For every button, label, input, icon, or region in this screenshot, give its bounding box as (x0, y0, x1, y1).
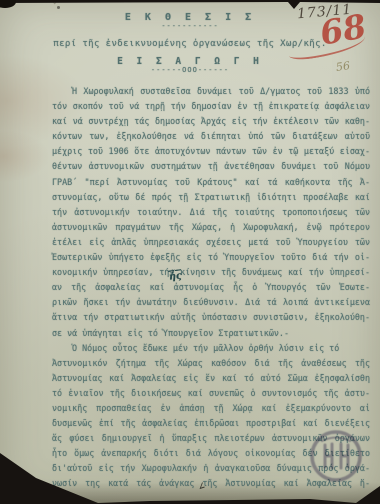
pencil-number: 56 (335, 59, 351, 74)
body-line: ρικῶν ἤσκει τήν ἀνωτάτην διεύθυνσιν. Διά… (52, 295, 370, 310)
body-line: Ἀστυνομικόν ζήτημα τῆς Χώρας καθόσον διά… (52, 356, 370, 371)
paper-sheet: Ε Κ Θ Ε Σ Ι Σ ----------- περί τῆς ἐνδει… (0, 0, 380, 504)
body-line: ΓΡΑΒ΄ "περί Ἀστυνομίας τοῦ Κράτους" καί … (52, 175, 370, 190)
body-line: Ἡ Χωροφυλακή συσταθεῖσα δυνάμει τοῦ Δ/γμ… (52, 84, 370, 99)
body-line: κονομικήν ὑπηρεσίαν, τήν κίνησιν τῆς δυν… (52, 265, 370, 280)
body-line: μέχρις τοῦ 1906 ὅτε ἀποτυχόντων πάντων τ… (52, 144, 370, 159)
body-line: ἀστυνομικῶν πραγμάτων τῆς Χώρας, ἡ Χωροφ… (52, 220, 370, 235)
body-line: τό ἑνιαῖον τῆς διοικήσεως καί συνεπῶς ὁ … (52, 386, 370, 401)
handwritten-correction: ἧς (168, 270, 182, 282)
body-line: ἐτέλει εἰς ἁπλᾶς ὑπηρεσιακάς σχέσεις μετ… (52, 235, 370, 250)
archive-round-stamp-icon (308, 428, 364, 484)
section-rule: ------ΟΟΟ------ (0, 66, 380, 74)
body-line: Ὁ Νόμος οὗτος ἔδωκε μέν τήν μᾶλλον ὀρθήν… (52, 341, 370, 356)
body-line: κόντων των, ἐξηκολούθησε νά διέπηται ὑπό… (52, 129, 370, 144)
body-line: ἅτινα τήν στρατιωτικήν αὐτῆς ὑπόστασιν σ… (52, 310, 370, 325)
body-line: τόν σκοπόν τοῦ νά τηρῇ τήν δημοσίαν ἐν τ… (52, 99, 370, 114)
body-line: θέντων ἀστυνομικῶν συστημάτων τῇ ἀνετέθη… (52, 159, 370, 174)
pencil-check-mark: ∠ (197, 481, 207, 493)
body-line: σε νά ὑπάγηται εἰς τό Ὑπουργεῖον Στρατιω… (52, 326, 370, 341)
body-line: τήν ἀστυνομικήν τοιαύτην. Διά τῆς τοιαύτ… (52, 205, 370, 220)
body-line: καί νά συντρέχῃ τάς δημοσίας Ἀρχάς εἰς τ… (52, 114, 370, 129)
scan-speck (57, 6, 60, 9)
body-line: Ἐσωτερικῶν ὑπήγετο ἐφεξῆς εἰς τό Ὑπουργε… (52, 250, 370, 265)
body-line: νομικῆς προσπαθείας ἐν ἁπάσῃ τῇ Χώρᾳ καί… (52, 401, 370, 416)
body-line: αν τῆς ἀσφαλείας καί ἀστυνομίας ἧς ὁ Ὑπο… (52, 280, 370, 295)
body-line: Ἀστυνομίας καί Ἀσφαλείας εἰς ἕν καί τό α… (52, 371, 370, 386)
body-line: στυνομίας, οὕτω δέ πρός τῇ Στρατιωτικῇ ἰ… (52, 190, 370, 205)
scanned-document-page: Ε Κ Θ Ε Σ Ι Σ ----------- περί τῆς ἐνδει… (0, 0, 380, 504)
